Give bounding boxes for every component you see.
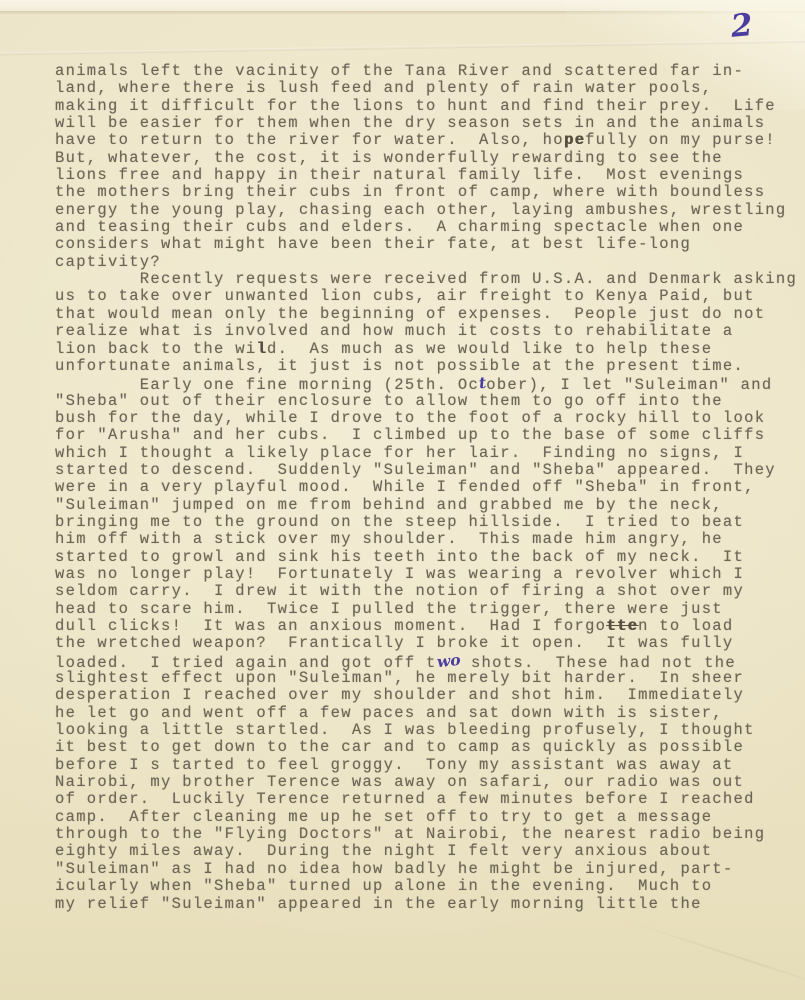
text-line: us to take over unwanted lion cubs, air …: [55, 288, 797, 305]
text-line: he let go and went off a few paces and s…: [55, 705, 797, 722]
text-line: and teasing their cubs and elders. A cha…: [55, 219, 797, 236]
text-line: "Suleiman" jumped on me from behind and …: [55, 497, 797, 514]
handwritten-correction: wo: [436, 651, 461, 671]
text-line: head to scare him. Twice I pulled the tr…: [55, 601, 797, 618]
text-line: land, where there is lush feed and plent…: [55, 80, 797, 97]
text-line: slightest effect upon "Suleiman", he mer…: [55, 670, 797, 687]
text-line: looking a little startled. As I was blee…: [55, 722, 797, 739]
text-line: for "Arusha" and her cubs. I climbed up …: [55, 427, 797, 444]
text-line: icularly when "Sheba" turned up alone in…: [55, 878, 797, 895]
text-line: Early one fine morning (25th. October), …: [55, 375, 797, 392]
text-line: considers what might have been their fat…: [55, 236, 797, 253]
text-line: of order. Luckily Terence returned a few…: [55, 791, 797, 808]
text-line: the mothers bring their cubs in front of…: [55, 184, 797, 201]
text-line: dull clicks! It was an anxious moment. H…: [55, 618, 797, 635]
text-line: "Sheba" out of their enclosure to allow …: [55, 393, 797, 410]
text-line: will be easier for them when the dry sea…: [55, 115, 797, 132]
text-line: the wretched weapon? Frantically I broke…: [55, 635, 797, 652]
text-line: that would mean only the beginning of ex…: [55, 306, 797, 323]
text-line: through to the "Flying Doctors" at Nairo…: [55, 826, 797, 843]
text-line: unfortunate animals, it just is not poss…: [55, 358, 797, 375]
text-line: Recently requests were received from U.S…: [55, 271, 797, 288]
paper-crease: [620, 918, 805, 988]
text-line: have to return to the river for water. A…: [55, 132, 797, 149]
typewritten-text-body: animals left the vacinity of the Tana Ri…: [55, 63, 797, 913]
text-line: desperation I reached over my shoulder a…: [55, 687, 797, 704]
text-line: it best to get down to the car and to ca…: [55, 739, 797, 756]
text-line: realize what is involved and how much it…: [55, 323, 797, 340]
text-line: animals left the vacinity of the Tana Ri…: [55, 63, 797, 80]
handwritten-page-number: 2: [729, 7, 754, 45]
overtyped-text: l: [256, 340, 267, 358]
text-line: Nairobi, my brother Terence was away on …: [55, 774, 797, 791]
text-line: was no longer play! Fortunately I was we…: [55, 566, 797, 583]
overtyped-text: tte: [606, 617, 638, 635]
text-line: started to descend. Suddenly "Suleiman" …: [55, 462, 797, 479]
text-line: before I s tarted to feel groggy. Tony m…: [55, 757, 797, 774]
text-line: camp. After cleaning me up he set off to…: [55, 809, 797, 826]
text-line: making it difficult for the lions to hun…: [55, 98, 797, 115]
text-line: captivity?: [55, 254, 797, 271]
text-line: bush for the day, while I drove to the f…: [55, 410, 797, 427]
text-line: him off with a stick over my shoulder. T…: [55, 531, 797, 548]
text-line: seldom carry. I drew it with the notion …: [55, 583, 797, 600]
text-line: "Suleiman" as I had no idea how badly he…: [55, 861, 797, 878]
text-line: eighty miles away. During the night I fe…: [55, 843, 797, 860]
text-line: were in a very playful mood. While I fen…: [55, 479, 797, 496]
overtyped-text: pe: [564, 131, 585, 149]
text-line: energy the young play, chasing each othe…: [55, 202, 797, 219]
text-line: lions free and happy in their natural fa…: [55, 167, 797, 184]
text-line: lion back to the wild. As much as we wou…: [55, 341, 797, 358]
text-line: loaded. I tried again and got off two sh…: [55, 653, 797, 670]
text-line: bringing me to the ground on the steep h…: [55, 514, 797, 531]
text-line: which I thought a likely place for her l…: [55, 445, 797, 462]
text-line: But, whatever, the cost, it is wonderful…: [55, 150, 797, 167]
text-line: started to growl and sink his teeth into…: [55, 549, 797, 566]
text-line: my relief "Suleiman" appeared in the ear…: [55, 896, 797, 913]
